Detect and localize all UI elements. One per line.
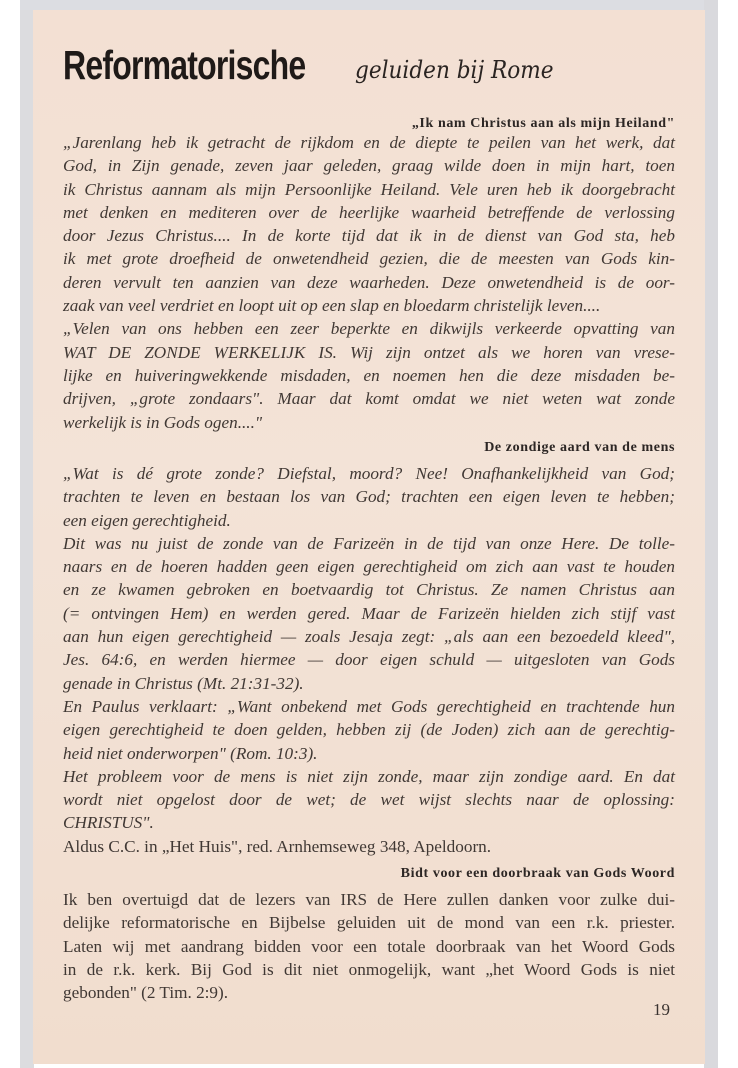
section-body-2: „Wat is dé grote zonde? Diefstal, moord?… <box>63 462 675 835</box>
scan-edge-right <box>704 0 718 1068</box>
section-body-3: Ik ben overtuigd dat de lezers van IRS d… <box>63 888 675 1004</box>
text-line: deren vervult ten aanzien van deze waarh… <box>63 271 675 294</box>
text-line: eigen gerechtigheid te doen gelden, hebb… <box>63 718 675 741</box>
text-line: delijke reformatorische en Bijbelse gelu… <box>63 911 675 934</box>
article-title: Reformatorische geluiden bij Rome <box>63 42 374 92</box>
text-line: „Jarenlang heb ik getracht de rijkdom en… <box>63 131 675 154</box>
text-line: naars en de hoeren hadden geen eigen ger… <box>63 555 675 578</box>
text-line: En Paulus verklaart: „Want onbekend met … <box>63 695 675 718</box>
text-line: Jes. 64:6, en werden hiermee — door eige… <box>63 648 675 671</box>
text-line: WAT DE ZONDE WERKELIJK IS. Wij zijn ontz… <box>63 341 675 364</box>
text-line: ik met grote droefheid de onwetendheid g… <box>63 247 675 270</box>
text-line: Dit was nu juist de zonde van de Farizeë… <box>63 532 675 555</box>
text-line: en ze kwamen gebroken en boetvaardig tot… <box>63 578 675 601</box>
title-subtitle-script: geluiden bij Rome <box>355 56 554 84</box>
text-line: genade in Christus (Mt. 21:31-32). <box>63 672 675 695</box>
text-line: „Velen van ons hebben een zeer beperkte … <box>63 317 675 340</box>
section-heading-1: „Ik nam Christus aan als mijn Heiland" <box>412 116 675 132</box>
text-line: Ik ben overtuigd dat de lezers van IRS d… <box>63 888 675 911</box>
text-line: God, in Zijn genade, zeven jaar geleden,… <box>63 154 675 177</box>
text-line: zaak van veel verdriet en loopt uit op e… <box>63 294 675 317</box>
text-line: drijven, „grote zondaars". Maar dat komt… <box>63 387 675 410</box>
source-citation: Aldus C.C. in „Het Huis", red. Arnhemsew… <box>63 835 675 858</box>
text-line: „Wat is dé grote zonde? Diefstal, moord?… <box>63 462 675 485</box>
text-line: lijke en huiveringwekkende misdaden, en … <box>63 364 675 387</box>
text-line: wordt niet opgelost door de wet; de wet … <box>63 788 675 811</box>
section-heading-3: Bidt voor een doorbraak van Gods Woord <box>401 866 675 882</box>
text-line: Het probleem voor de mens is niet zijn z… <box>63 765 675 788</box>
text-line: in de r.k. kerk. Bij God is dit niet onm… <box>63 958 675 981</box>
page-number: 19 <box>653 1000 670 1020</box>
text-line: Laten wij met aandrang bidden voor een t… <box>63 935 675 958</box>
scan-edge-left <box>20 0 34 1068</box>
section-body-1: „Jarenlang heb ik getracht de rijkdom en… <box>63 131 675 434</box>
text-line: aan hun eigen gerechtigheid — zoals Jesa… <box>63 625 675 648</box>
text-line: CHRISTUS". <box>63 811 675 834</box>
text-line: werkelijk is in Gods ogen...." <box>63 411 675 434</box>
text-line: gebonden" (2 Tim. 2:9). <box>63 981 675 1004</box>
text-line: (= ontvingen Hem) en werden gered. Maar … <box>63 602 675 625</box>
section-heading-2: De zondige aard van de mens <box>484 440 675 456</box>
scan-edge-top <box>20 0 718 10</box>
text-line: trachten te leven en bestaan los van God… <box>63 485 675 508</box>
text-line: een eigen gerechtigheid. <box>63 509 675 532</box>
title-main: Reformatorische <box>63 42 305 89</box>
text-line: door Jezus Christus.... In de korte tijd… <box>63 224 675 247</box>
source-line: Aldus C.C. in „Het Huis", red. Arnhemsew… <box>63 835 675 858</box>
text-line: ik Christus aannam als mijn Persoonlijke… <box>63 178 675 201</box>
text-line: met denken en mediteren over de heerlijk… <box>63 201 675 224</box>
text-line: heid niet onderworpen" (Rom. 10:3). <box>63 742 675 765</box>
magazine-page: Reformatorische geluiden bij Rome „Ik na… <box>33 10 705 1064</box>
